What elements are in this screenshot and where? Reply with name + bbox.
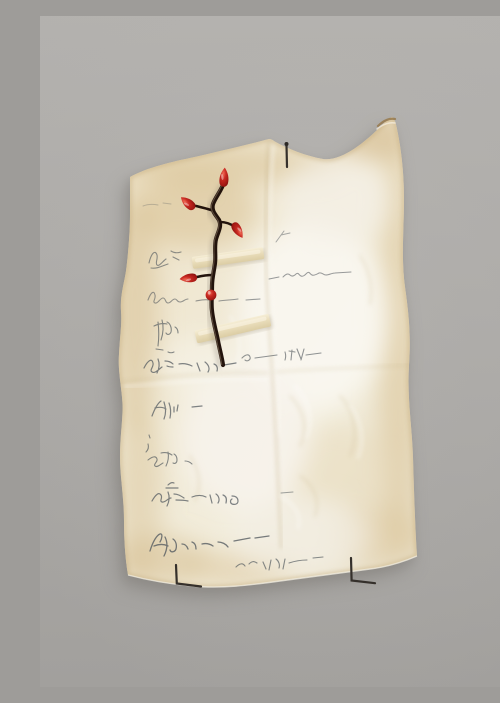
artwork-photograph [40, 16, 500, 687]
red-bead [206, 290, 217, 301]
wax-sheet [110, 108, 425, 587]
artwork-canvas [40, 16, 500, 687]
